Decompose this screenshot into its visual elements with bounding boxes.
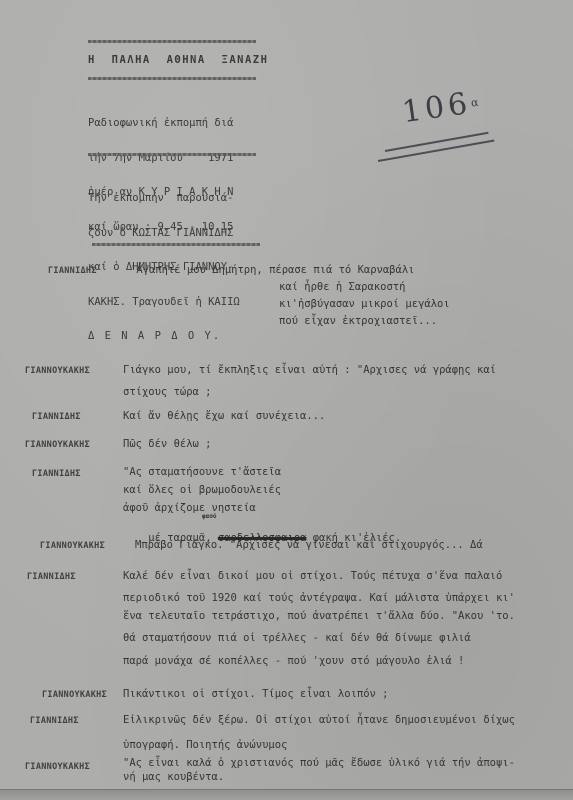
dialogue-line: Μπράβο Γιάγκο. "Αρχισες νά γίνεσαι καί σ… [135, 539, 483, 552]
dialogue-line: νή μας κουβέντα. [123, 771, 224, 784]
speaker-label: ΓΙΑΝΝΟΥΚΑΚΗΣ [25, 440, 90, 450]
dialogue-line: "Ας σταματήσουνε τ'ἄστεῖα [123, 466, 281, 479]
speaker-label: ΓΙΑΝΝΟΥΚΑΚΗΣ [42, 690, 107, 700]
presenters-line: ΚΑΚΗΣ. Τραγουδεῖ ἡ ΚΑΙΙΩ [88, 297, 264, 309]
dialogue-line: Καί ἄν θέλῃς ἔχω καί συνέχεια... [123, 410, 325, 423]
dialogue-line: Πικάντικοι οἱ στίχοι. Τίμος εἶναι λοιπόν… [123, 688, 389, 701]
presenters-line: Τήν ἐκπομπήν παρουσιά- [88, 193, 264, 205]
handwritten-page-number: 106α [400, 85, 481, 130]
dialogue-line: κι'ἠσβύγασαν μικροί μεγάλοι [279, 298, 450, 311]
dialogue-line: ἕνα τελευταῖο τετράστιχο, πού ἀνατρέπει … [123, 610, 515, 623]
speaker-label: ΓΙΑΝΝΙΔΗΣ [32, 412, 81, 422]
page-number: 106 [400, 86, 473, 130]
dialogue-line: Εἰλικρινῶς δέν ξέρω. Οἱ στίχοι αὐτοί ἦτα… [123, 714, 515, 727]
dialogue-line: Καλέ δέν εἶναι δικοί μου οἱ στίχοι. Τούς… [123, 570, 502, 583]
program-title: Η ΠΑΛΗΑ ΑΘΗΝΑ ΞΑΝΑΖΗ [88, 54, 258, 66]
overtyped-correction: φασό [202, 513, 216, 520]
speaker-label: ΓΙΑΝΝΟΥΚΑΚΗΣ [25, 366, 90, 376]
speaker-label: ΓΙΑΝΝΙΔΗΣ [32, 469, 81, 479]
dialogue-line: 'Αγαπητέ μου Δημήτρη, πέρασε πιά τό Καρν… [130, 264, 414, 277]
speaker-label: ΓΙΑΝΝΟΥΚΑΚΗΣ [25, 762, 90, 772]
dialogue-line: περιοδικό τοῦ 1920 καί τούς ἀντέγραψα. Κ… [123, 592, 515, 605]
speaker-label: ΓΙΑΝΝΟΥΚΑΚΗΣ [40, 541, 105, 551]
dialogue-line: πού εἶχαν ἐκτροχιαστεῖ... [279, 315, 437, 328]
header-top-rule [88, 40, 256, 43]
dialogue-line: καί ὅλες οἱ βρωμοδουλειές [123, 484, 281, 497]
dialogue-line: Πῶς δέν θέλω ; [123, 438, 212, 451]
dialogue-line: "Ας εἶναι καλά ὁ χριστιανός πού μᾶς ἔδωσ… [123, 757, 515, 770]
dialogue-line: στίχους τώρα ; [123, 386, 212, 399]
header-bottom-rule [92, 243, 260, 246]
presenters-line: Δ Ε Ν Α Ρ Δ Ο Υ. [88, 331, 264, 343]
dialogue-line: καί ἦρθε ἡ Σαρακοστή [279, 281, 405, 294]
page-number-suffix: α [470, 96, 479, 110]
broadcast-line: Ραδιοφωνική ἐκπομπή διά [88, 118, 264, 130]
typewritten-script-page: Η ΠΑΛΗΑ ΑΘΗΝΑ ΞΑΝΑΖΗ Ραδιοφωνική ἐκπομπή… [0, 0, 573, 800]
dialogue-line: ὑπογραφή. Ποιητής ἀνώνυμος [123, 739, 287, 752]
header-rule-3 [88, 153, 256, 156]
speaker-label: ΓΙΑΝΝΙΔΗΣ [27, 572, 76, 582]
speaker-label: ΓΙΑΝΝΙΔΗΣ [48, 266, 97, 276]
dialogue-line: ἀφοῦ ἀρχίζομε νηστεία [123, 502, 256, 515]
dialogue-line: Γιάγκο μου, τί ἔκπληξις εἶναι αὐτή : "Αρ… [123, 364, 496, 377]
speaker-label: ΓΙΑΝΝΙΔΗΣ [30, 716, 79, 726]
header-rule-2 [88, 77, 256, 80]
page-bottom-edge [0, 789, 573, 800]
dialogue-line: παρά μονάχα σέ κοπέλλες - πού 'χουν στό … [123, 655, 464, 668]
presenters-line: ζουν ὁ ΚΩΣΤΑΣ ΓΙΑΝΝΙΔΗΣ [88, 228, 264, 240]
dialogue-line: θά σταματήσουν πιά οἱ τρέλλες - καί δέν … [123, 632, 471, 645]
